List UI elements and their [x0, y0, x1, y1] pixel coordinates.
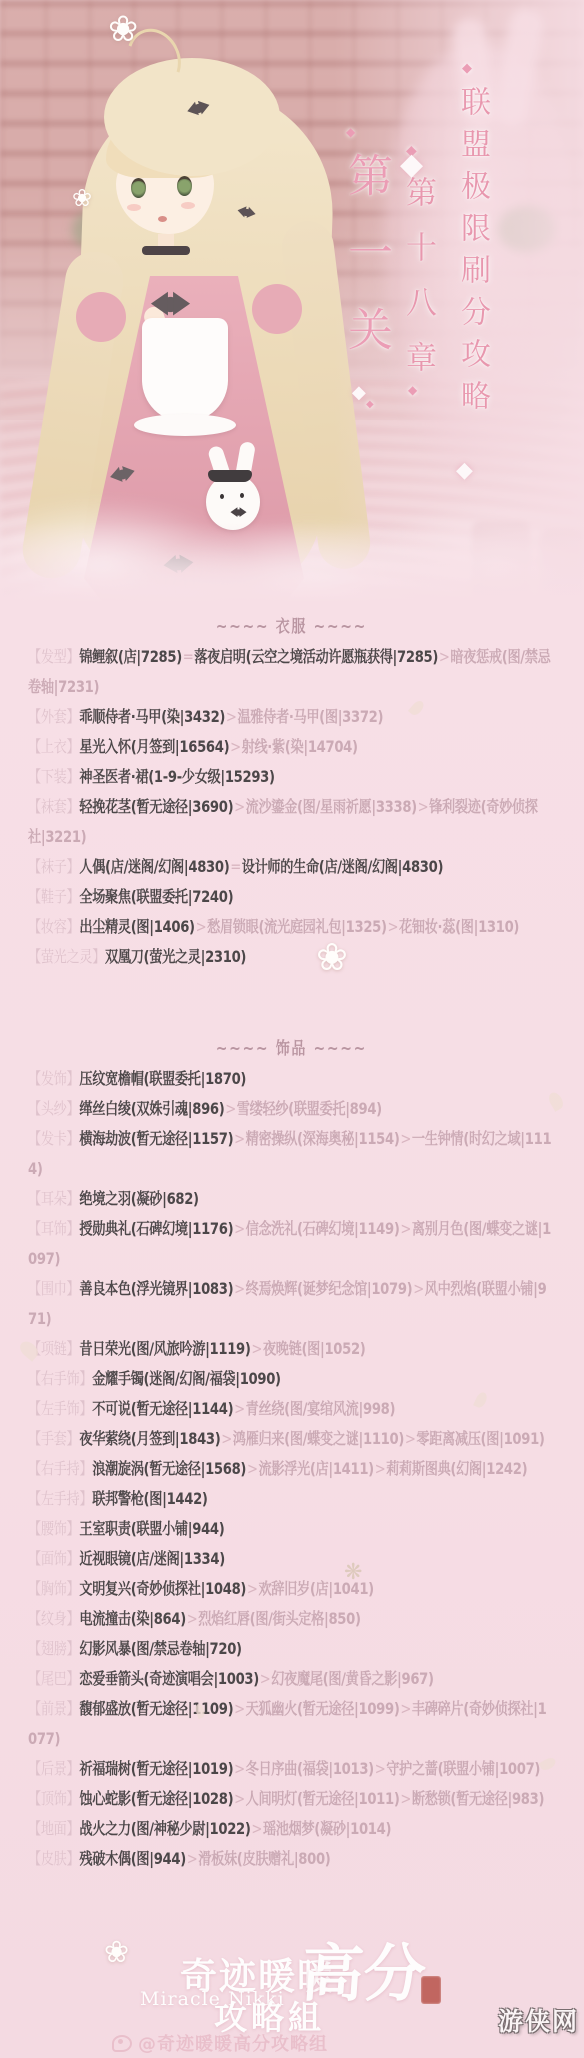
item-name: 烈焰红唇(图/街头定格|850): [198, 1609, 360, 1628]
item-category-label: 【面饰】: [28, 1549, 79, 1568]
item-name: 锦鲤叙(店|7285): [79, 647, 182, 666]
rank-separator: >: [225, 707, 237, 726]
girl-sleeve: [252, 284, 302, 334]
diamond-icon: ◆: [366, 400, 374, 410]
item-category-label: 【发型】: [28, 647, 79, 666]
item-row: 【右手持】浪潮旋涡(暂无途径|1568)>流影浮光(店|1411)>莉莉斯图典(…: [28, 1454, 555, 1484]
rank-separator: >: [251, 1819, 263, 1838]
item-category-label: 【尾巴】: [28, 1669, 79, 1688]
item-name: 双凰刀(萤光之灵|2310): [105, 947, 246, 966]
girl-apron-ruffle: [134, 414, 236, 436]
item-row: 【皮肤】残破木偶(图|944)>滑板妹(皮肤赠礼|800): [28, 1844, 555, 1874]
flower-icon: ❀: [316, 938, 348, 976]
item-row: 【袜套】轻挽花茎(暂无途径|3690)>流沙鎏金(图/星雨祈愿|3338)>锋利…: [28, 792, 555, 852]
rank-separator: >: [233, 1219, 245, 1238]
guide-infographic: ❀ ❀ ◆ ◆ ◆ ◆ ◆ ◆ ◆ ◆ 联盟极限刷分攻略 第十八章 第一关 ~~…: [0, 0, 584, 2058]
item-category-label: 【耳朵】: [28, 1189, 79, 1208]
item-row: 【上衣】星光入怀(月签到|16564)>射线·紫(染|14704): [28, 732, 555, 762]
rank-separator: =: [229, 857, 241, 876]
item-row: 【前景】馥郁盛放(暂无途径|1109)>天狐幽火(暂无途径|1099)>丰碑碎片…: [28, 1694, 555, 1754]
item-category-label: 【头纱】: [28, 1099, 79, 1118]
item-row: 【尾巴】恋爱垂箭头(奇迹演唱会|1003)>幻夜魔尾(图/黄昏之影|967): [28, 1664, 555, 1694]
item-name: 联邦警枪(图|1442): [92, 1489, 207, 1508]
item-row: 【发卡】横海劫波(暂无途径|1157)>精密操纵(深海奥秘|1154)>一生钟情…: [28, 1124, 555, 1184]
rank-separator: >: [387, 917, 399, 936]
ribbon-bow-icon: [237, 509, 241, 515]
item-name: 幻影风暴(图/禁忌卷轴|720): [79, 1639, 241, 1658]
item-category-label: 【手套】: [28, 1429, 79, 1448]
item-category-label: 【妆容】: [28, 917, 79, 936]
rank-separator: >: [400, 1699, 412, 1718]
girl-sleeve: [76, 292, 126, 342]
item-category-label: 【右手持】: [28, 1459, 92, 1478]
item-category-label: 【左手饰】: [28, 1399, 92, 1418]
sparkle-icon: ❋: [344, 1562, 362, 1584]
rank-separator: >: [259, 1669, 271, 1688]
item-name: 雪缕轻纱(联盟委托|894): [237, 1099, 382, 1118]
item-name: 绝境之羽(凝砂|682): [79, 1189, 198, 1208]
item-name: 终焉焕辉(诞梦纪念馆|1079): [246, 1279, 413, 1298]
rank-separator: >: [233, 1129, 245, 1148]
item-category-label: 【地面】: [28, 1819, 79, 1838]
hero-fade: [0, 522, 584, 612]
item-category-label: 【发卡】: [28, 1129, 79, 1148]
item-name: 天狐幽火(暂无途径|1099): [246, 1699, 400, 1718]
item-name: 全场聚焦(联盟委托|7240): [79, 887, 233, 906]
item-name: 流沙鎏金(图/星雨祈愿|3338): [246, 797, 417, 816]
item-name: 王室职责(联盟小铺|944): [79, 1519, 224, 1538]
item-name: 冬日序曲(福袋|1013): [246, 1759, 374, 1778]
item-name: 夜晚链(图|1052): [263, 1339, 366, 1358]
guide-list: ~~~~ 衣服 ~~~~ 【发型】锦鲤叙(店|7285)=落夜启明(云空之境活动…: [28, 612, 584, 1874]
item-row: 【萤光之灵】双凰刀(萤光之灵|2310): [28, 942, 555, 972]
site-watermark: 游侠网: [498, 2002, 579, 2038]
item-name: 射线·紫(染|14704): [242, 737, 358, 756]
item-category-label: 【翅膀】: [28, 1639, 79, 1658]
rank-separator: >: [417, 797, 429, 816]
item-category-label: 【上衣】: [28, 737, 79, 756]
plush-rabbit-eye: [220, 494, 224, 499]
rank-separator: >: [220, 1429, 232, 1448]
flower-icon: ❀: [108, 12, 138, 48]
ribbon-bow-icon: [195, 103, 202, 113]
title-stage: 第一关: [334, 152, 399, 383]
rank-separator: >: [233, 797, 245, 816]
rank-separator: =: [182, 647, 194, 666]
item-name: 鸿雁归来(图/蝶变之谜|1110): [233, 1429, 404, 1448]
item-name: 金耀手镯(迷阁/幻阁/福袋|1090): [92, 1369, 281, 1388]
rank-separator: >: [195, 917, 207, 936]
item-name: 残破木偶(图|944): [79, 1849, 186, 1868]
item-row: 【头纱】缂丝白绫(双姝引魂|896)>雪缕轻纱(联盟委托|894): [28, 1094, 555, 1124]
item-name: 神圣医者·裙(1-9-少女级|15293): [79, 767, 274, 786]
item-name: 瑶池烟梦(凝砂|1014): [263, 1819, 391, 1838]
item-name: 横海劫波(暂无途径|1157): [79, 1129, 233, 1148]
item-name: 恋爱垂箭头(奇迹演唱会|1003): [79, 1669, 259, 1688]
logo-score-label: 高分: [299, 1924, 429, 2013]
item-name: 乖顺侍者·马甲(染|3432): [79, 707, 225, 726]
item-name: 幻夜魔尾(图/黄昏之影|967): [271, 1669, 433, 1688]
item-category-label: 【袜套】: [28, 797, 79, 816]
rank-separator: >: [412, 1279, 424, 1298]
item-category-label: 【前景】: [28, 1699, 79, 1718]
item-row: 【顶饰】蚀心蛇影(暂无途径|1028)>人间明灯(暂无途径|1011)>断愁锁(…: [28, 1784, 555, 1814]
section-clothes: ~~~~ 衣服 ~~~~ 【发型】锦鲤叙(店|7285)=落夜启明(云空之境活动…: [28, 612, 555, 972]
item-category-label: 【左手持】: [28, 1489, 92, 1508]
girl-eye: [177, 176, 192, 196]
item-name: 滑板妹(皮肤赠礼|800): [198, 1849, 330, 1868]
rank-separator: >: [233, 1699, 245, 1718]
item-name: 授勋典礼(石碑幻境|1176): [79, 1219, 233, 1238]
rank-separator: >: [186, 1849, 198, 1868]
section-header-clothes: ~~~~ 衣服 ~~~~: [28, 612, 555, 642]
item-row: 【耳饰】授勋典礼(石碑幻境|1176)>信念洗礼(石碑幻境|1149)>离别月色…: [28, 1214, 555, 1274]
item-name: 设计师的生命(店/迷阁/幻阁|4830): [242, 857, 443, 876]
rank-separator: >: [400, 1129, 412, 1148]
rank-separator: >: [233, 1789, 245, 1808]
item-row: 【项链】昔日荣光(图/风旅吟游|1119)>夜晚链(图|1052): [28, 1334, 555, 1364]
item-name: 不可说(暂无途径|1144): [92, 1399, 233, 1418]
title-chapter: 第十八章: [396, 176, 441, 396]
item-category-label: 【纹身】: [28, 1609, 79, 1628]
flower-icon: ❀: [104, 1938, 129, 1968]
ribbon-bow-icon: [244, 209, 249, 217]
rank-separator: >: [438, 647, 450, 666]
item-category-label: 【胸饰】: [28, 1579, 79, 1598]
rank-separator: >: [374, 1459, 386, 1478]
item-name: 缂丝白绫(双姝引魂|896): [79, 1099, 224, 1118]
weibo-handle: @奇迹暖暖高分攻略组: [138, 2034, 328, 2055]
item-category-label: 【腰饰】: [28, 1519, 79, 1538]
item-name: 人偶(店/迷阁/幻阁|4830): [79, 857, 229, 876]
item-name: 星光入怀(月签到|16564): [79, 737, 229, 756]
rank-separator: >: [186, 1609, 198, 1628]
item-category-label: 【袜子】: [28, 857, 79, 876]
plush-rabbit-headband: [208, 470, 252, 482]
footer: ❀ 奇迹暖暖 Miracle Nikki 攻略組 高分 @奇迹暖暖高分攻略组 游…: [0, 1930, 584, 2058]
list-scale-wrap: ~~~~ 衣服 ~~~~ 【发型】锦鲤叙(店|7285)=落夜启明(云空之境活动…: [28, 612, 555, 1874]
ribbon-bow-icon: [119, 469, 127, 480]
item-name: 近视眼镜(店/迷阁|1334): [79, 1549, 225, 1568]
item-name: 人间明灯(暂无途径|1011): [246, 1789, 400, 1808]
item-row: 【手套】夜华萦绕(月签到|1843)>鸿雁归来(图/蝶变之谜|1110)>零距离…: [28, 1424, 555, 1454]
rank-separator: >: [233, 1399, 245, 1418]
rank-separator: >: [224, 1099, 236, 1118]
section-accessories: ~~~~ 饰品 ~~~~ 【发饰】压纹宽檐帽(联盟委托|1870)【头纱】缂丝白…: [28, 1034, 555, 1874]
diamond-icon: ◆: [352, 384, 366, 402]
item-row: 【妆容】出尘精灵(图|1406)>愁眉锁眼(流光庭园礼包|1325)>花钿妆·蕊…: [28, 912, 555, 942]
item-row: 【右手饰】金耀手镯(迷阁/幻阁/福袋|1090): [28, 1364, 555, 1394]
item-category-label: 【下装】: [28, 767, 79, 786]
item-name: 出尘精灵(图|1406): [79, 917, 194, 936]
item-category-label: 【围巾】: [28, 1279, 79, 1298]
hero-illustration: ❀ ❀ ◆ ◆ ◆ ◆ ◆ ◆ ◆ ◆ 联盟极限刷分攻略 第十八章 第一关: [0, 0, 584, 612]
item-name: 祈福瑞树(暂无途径|1019): [79, 1759, 233, 1778]
item-category-label: 【顶饰】: [28, 1789, 79, 1808]
item-name: 愁眉锁眼(流光庭园礼包|1325): [207, 917, 387, 936]
item-name: 莉莉斯图典(幻阁|1242): [386, 1459, 527, 1478]
item-row: 【外套】乖顺侍者·马甲(染|3432)>温雅侍者·马甲(图|3372): [28, 702, 555, 732]
item-category-label: 【右手饰】: [28, 1369, 92, 1388]
item-name: 昔日荣光(图/风旅吟游|1119): [79, 1339, 250, 1358]
title-guide: 联盟极限刷分攻略: [450, 86, 494, 422]
girl-eye: [131, 178, 146, 198]
item-category-label: 【外套】: [28, 707, 79, 726]
item-category-label: 【鞋子】: [28, 887, 79, 906]
item-row: 【袜子】人偶(店/迷阁/幻阁|4830)=设计师的生命(店/迷阁/幻阁|4830…: [28, 852, 555, 882]
item-name: 零距离减压(图|1091): [416, 1429, 544, 1448]
item-name: 蚀心蛇影(暂无途径|1028): [79, 1789, 233, 1808]
rank-separator: >: [246, 1579, 258, 1598]
item-name: 夜华萦绕(月签到|1843): [79, 1429, 220, 1448]
item-row: 【翅膀】幻影风暴(图/禁忌卷轴|720): [28, 1634, 555, 1664]
weibo-icon: [112, 2035, 132, 2052]
rank-separator: >: [374, 1759, 386, 1778]
rank-separator: >: [400, 1789, 412, 1808]
item-row: 【左手持】联邦警枪(图|1442): [28, 1484, 555, 1514]
diamond-icon: ◆: [456, 460, 473, 482]
item-row: 【发型】锦鲤叙(店|7285)=落夜启明(云空之境活动许愿瓶获得|7285)>暗…: [28, 642, 555, 702]
item-category-label: 【皮肤】: [28, 1849, 79, 1868]
item-name: 断愁锁(暂无途径|983): [412, 1789, 544, 1808]
item-row: 【发饰】压纹宽檐帽(联盟委托|1870): [28, 1064, 555, 1094]
accessories-entries: 【发饰】压纹宽檐帽(联盟委托|1870)【头纱】缂丝白绫(双姝引魂|896)>雪…: [28, 1064, 555, 1874]
diamond-icon: ◆: [462, 62, 472, 75]
item-category-label: 【耳饰】: [28, 1219, 79, 1238]
item-row: 【地面】战火之力(图/神秘少尉|1022)>瑶池烟梦(凝砂|1014): [28, 1814, 555, 1844]
item-name: 精密操纵(深海奥秘|1154): [246, 1129, 400, 1148]
item-row: 【围巾】善良本色(浮光镜界|1083)>终焉焕辉(诞梦纪念馆|1079)>风中烈…: [28, 1274, 555, 1334]
item-name: 馥郁盛放(暂无途径|1109): [79, 1699, 233, 1718]
girl-blush: [181, 202, 195, 209]
item-row: 【面饰】近视眼镜(店/迷阁|1334): [28, 1544, 555, 1574]
item-row: 【耳朵】绝境之羽(凝砂|682): [28, 1184, 555, 1214]
girl-choker: [142, 246, 190, 255]
item-name: 落夜启明(云空之境活动许愿瓶获得|7285): [194, 647, 438, 666]
item-row: 【下装】神圣医者·裙(1-9-少女级|15293): [28, 762, 555, 792]
rank-separator: >: [400, 1219, 412, 1238]
rank-separator: >: [229, 737, 241, 756]
item-name: 轻挽花茎(暂无途径|3690): [79, 797, 233, 816]
item-name: 温雅侍者·马甲(图|3372): [237, 707, 383, 726]
item-name: 浪潮旋涡(暂无途径|1568): [92, 1459, 246, 1478]
rank-separator: >: [233, 1759, 245, 1778]
ribbon-bow-icon: [166, 297, 175, 312]
rank-separator: >: [246, 1459, 258, 1478]
girl-blush: [127, 204, 141, 211]
item-name: 守护之蔷(联盟小铺|1007): [386, 1759, 540, 1778]
item-row: 【胸饰】文明复兴(奇妙侦探社|1048)>欢辞旧岁(店|1041): [28, 1574, 555, 1604]
item-name: 战火之力(图/神秘少尉|1022): [79, 1819, 250, 1838]
red-seal-icon: [421, 1976, 441, 2004]
plush-rabbit-eye: [240, 493, 244, 498]
item-name: 善良本色(浮光镜界|1083): [79, 1279, 233, 1298]
item-row: 【腰饰】王室职责(联盟小铺|944): [28, 1514, 555, 1544]
item-name: 流影浮光(店|1411): [258, 1459, 373, 1478]
item-name: 文明复兴(奇妙侦探社|1048): [79, 1579, 246, 1598]
item-name: 信念洗礼(石碑幻境|1149): [246, 1219, 400, 1238]
clothes-entries: 【发型】锦鲤叙(店|7285)=落夜启明(云空之境活动许愿瓶获得|7285)>暗…: [28, 642, 555, 972]
weibo-credit: @奇迹暖暖高分攻略组: [0, 2030, 440, 2056]
item-row: 【鞋子】全场聚焦(联盟委托|7240): [28, 882, 555, 912]
item-category-label: 【后景】: [28, 1759, 79, 1778]
item-name: 花钿妆·蕊(图|1310): [399, 917, 519, 936]
item-name: 电流撞击(染|864): [79, 1609, 186, 1628]
girl-mouth: [158, 216, 167, 222]
item-row: 【纹身】电流撞击(染|864)>烈焰红唇(图/街头定格|850): [28, 1604, 555, 1634]
item-name: 压纹宽檐帽(联盟委托|1870): [79, 1069, 246, 1088]
item-row: 【后景】祈福瑞树(暂无途径|1019)>冬日序曲(福袋|1013)>守护之蔷(联…: [28, 1754, 555, 1784]
rank-separator: >: [251, 1339, 263, 1358]
rank-separator: >: [233, 1279, 245, 1298]
diamond-icon: ◆: [346, 126, 355, 138]
flower-icon: ❀: [72, 186, 92, 210]
rank-separator: >: [404, 1429, 416, 1448]
girl-apron: [142, 318, 228, 422]
item-name: 青丝绕(图/宴绾风流|998): [246, 1399, 396, 1418]
section-header-accessories: ~~~~ 饰品 ~~~~: [28, 1034, 555, 1064]
item-category-label: 【发饰】: [28, 1069, 79, 1088]
item-category-label: 【萤光之灵】: [28, 947, 105, 966]
